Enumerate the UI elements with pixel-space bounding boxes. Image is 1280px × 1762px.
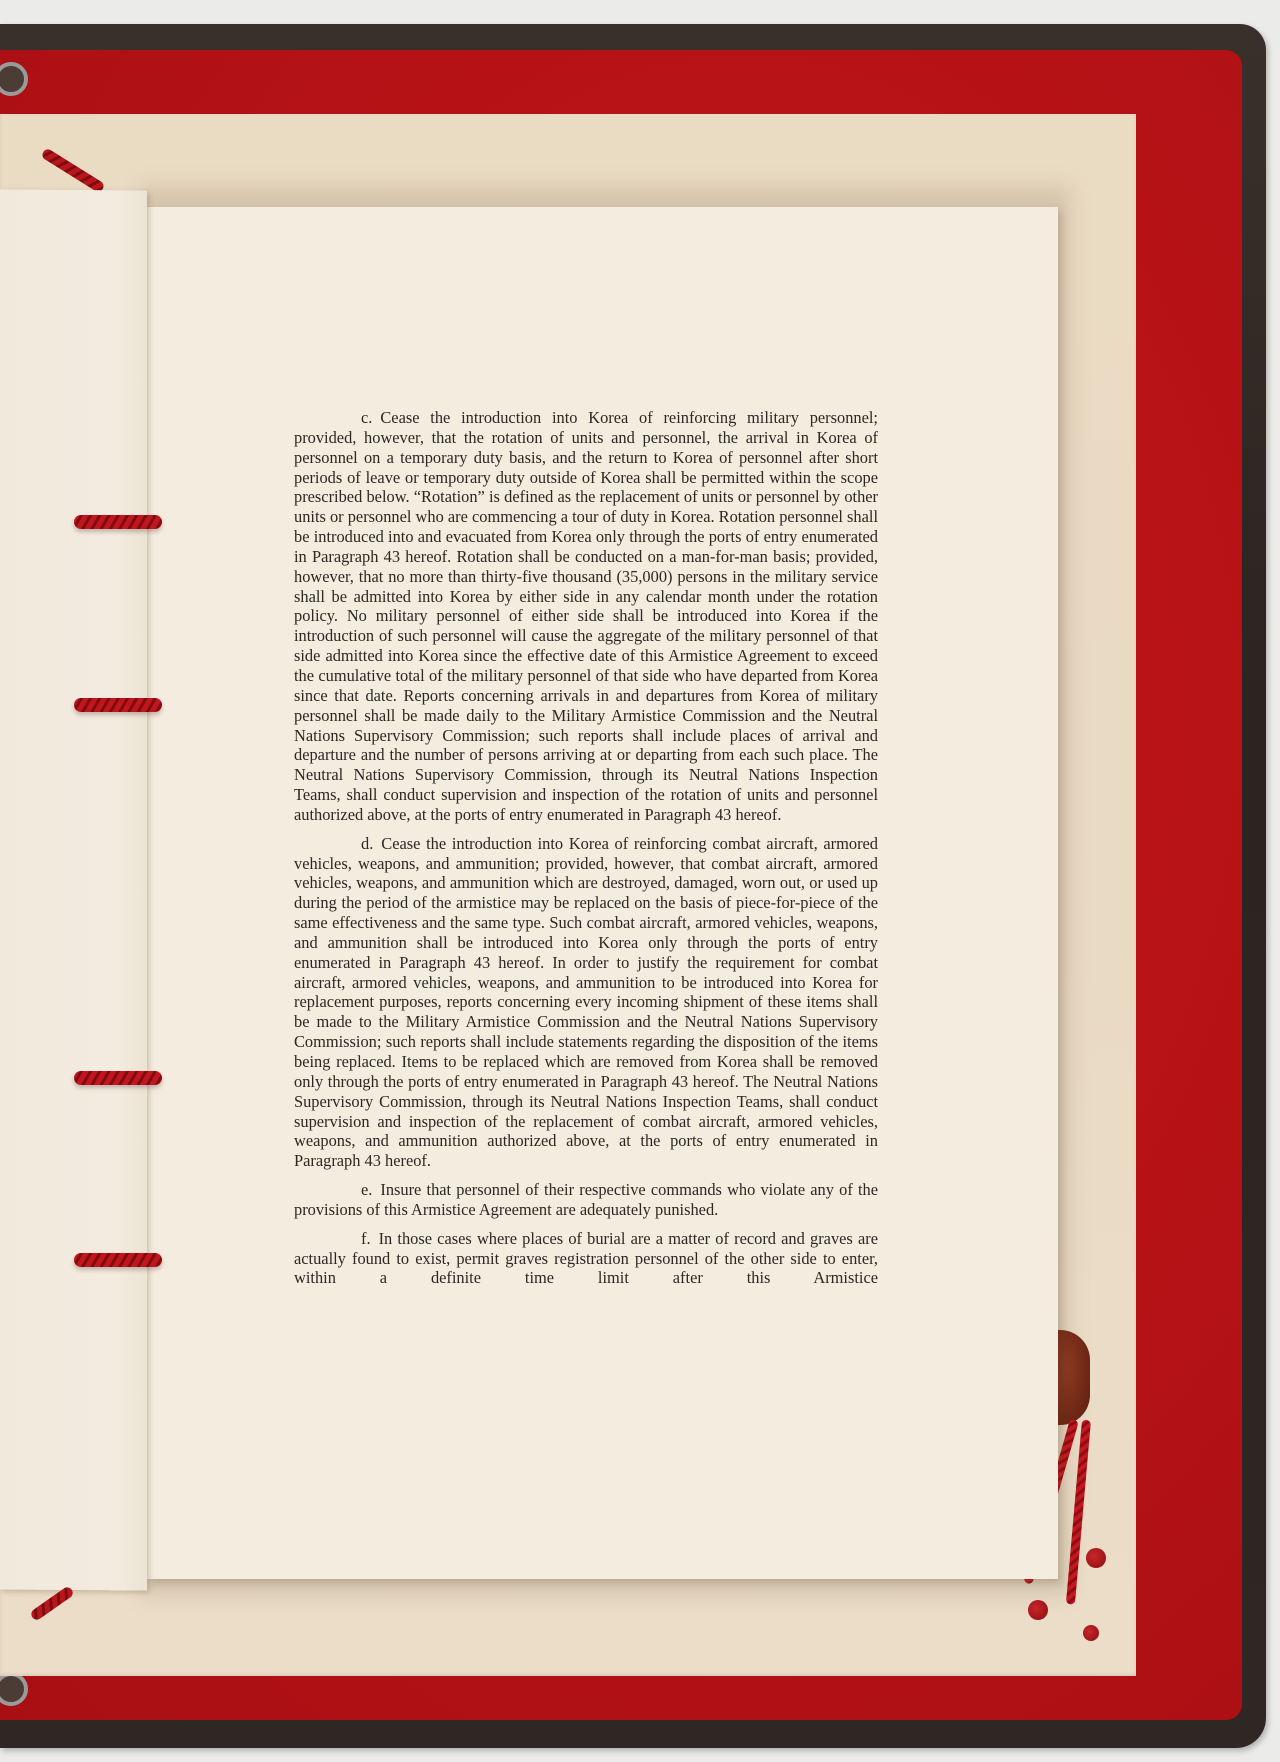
left-facing-page bbox=[0, 189, 147, 1590]
paragraph-d: d.Cease the introduction into Korea of r… bbox=[294, 834, 878, 1171]
tassel-knot-left bbox=[1028, 1600, 1048, 1620]
paragraph-f: f.In those cases where places of burial … bbox=[294, 1229, 878, 1289]
paragraph-c: c.Cease the introduction into Korea of r… bbox=[294, 408, 878, 825]
paragraph-e: e.Insure that personnel of their respect… bbox=[294, 1180, 878, 1220]
paragraph-text: Cease the introduction into Korea of rei… bbox=[294, 834, 878, 1171]
tassel-knot-right bbox=[1086, 1548, 1106, 1568]
binding-cord-loop-1 bbox=[74, 515, 162, 529]
paragraph-label: d. bbox=[361, 834, 373, 853]
paragraph-label: e. bbox=[361, 1180, 372, 1199]
binding-cord-loop-4 bbox=[74, 1253, 162, 1267]
paragraph-text: In those cases where places of burial ar… bbox=[294, 1229, 878, 1288]
paragraph-label: c. bbox=[361, 408, 372, 427]
paragraph-text: Insure that personnel of their respectiv… bbox=[294, 1180, 878, 1219]
binding-cord-loop-2 bbox=[74, 698, 162, 712]
paragraph-text: Cease the introduction into Korea of rei… bbox=[294, 408, 878, 824]
document-text: c.Cease the introduction into Korea of r… bbox=[294, 408, 878, 1297]
paragraph-label: f. bbox=[361, 1229, 371, 1248]
tassel-end-right bbox=[1083, 1625, 1099, 1641]
binding-cord-loop-3 bbox=[74, 1071, 162, 1085]
